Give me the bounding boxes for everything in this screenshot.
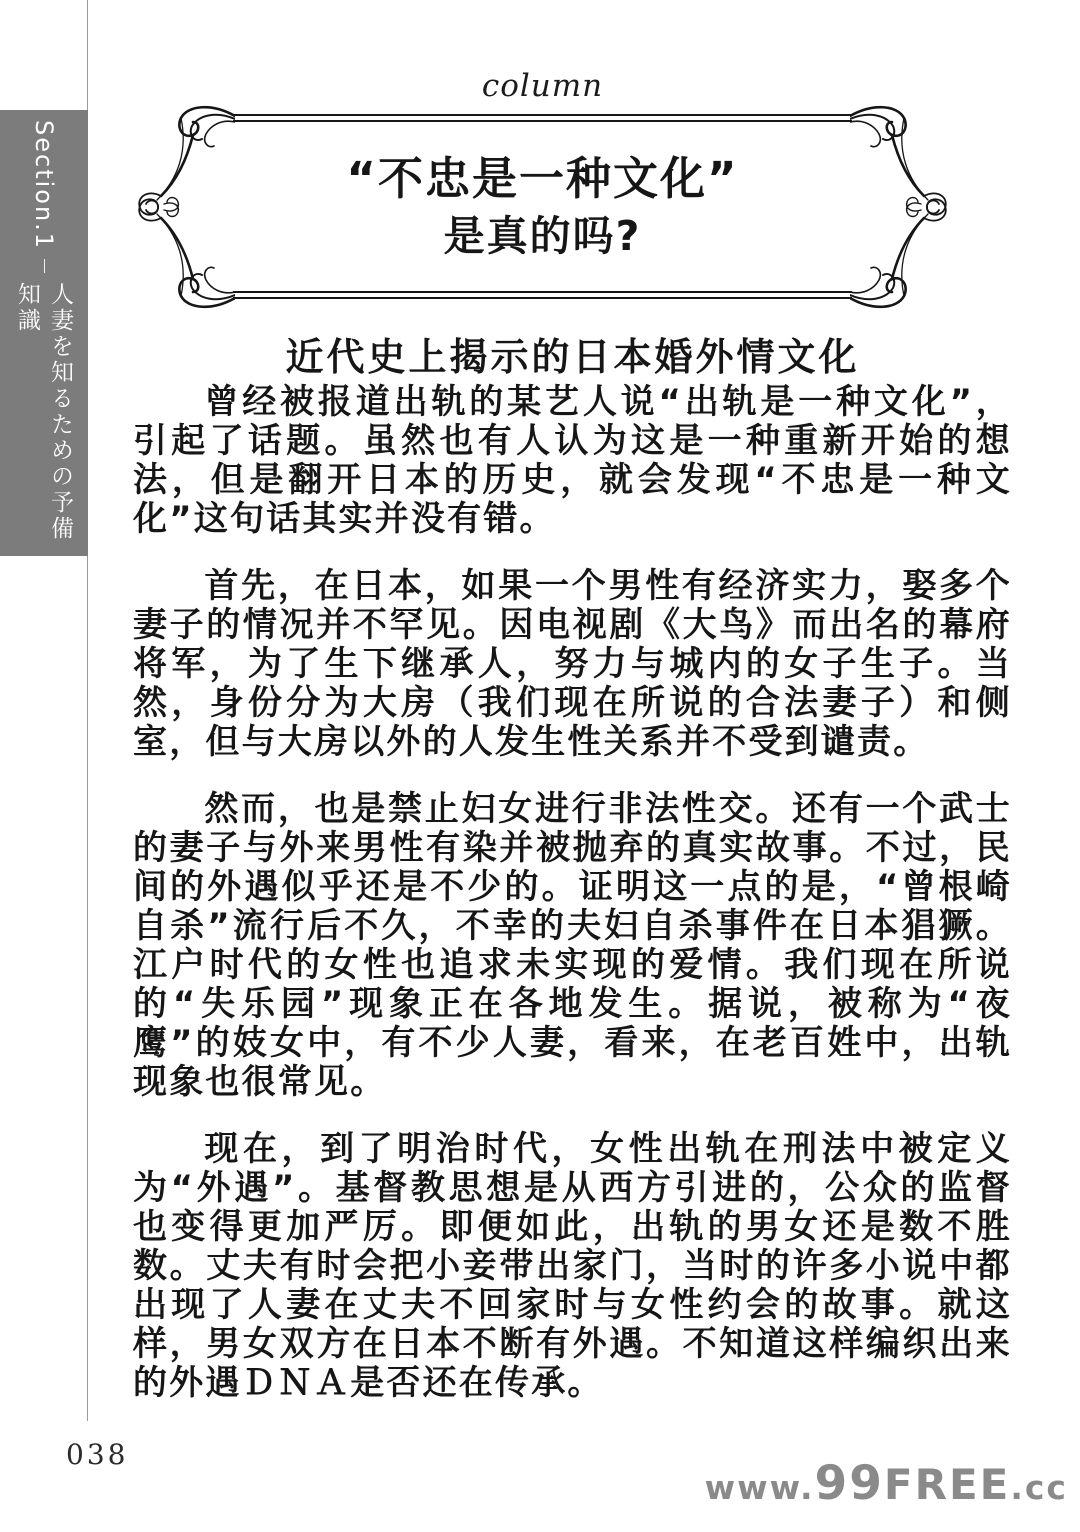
column-label: column (130, 68, 955, 104)
column-title-line2: 是真的吗? (444, 214, 642, 259)
article-paragraph: 曾经被报道出轨的某艺人说“出轨是一种文化”，引起了话题。虽然也有人认为这是一种重… (133, 383, 1012, 539)
article-paragraph: 然而，也是禁止妇女进行非法性交。还有一个武士的妻子与外来男性有染并被抛弃的真实故… (133, 790, 1012, 1102)
tab-divider (44, 259, 45, 273)
watermark-suffix: .cc (1010, 1471, 1068, 1504)
watermark-number: 99 (815, 1460, 884, 1507)
page-number: 038 (66, 1438, 128, 1471)
watermark-prefix: www. (705, 1471, 815, 1504)
chapter-label: 人妻を知るための予備知識 (11, 282, 77, 556)
flourish-ornament-right-icon (850, 101, 955, 313)
section-label: Section.1 (30, 120, 58, 250)
article-heading: 近代史上揭示的日本婚外情文化 (133, 326, 1012, 381)
watermark-name: FREE (884, 1464, 1010, 1506)
book-page: Section.1 人妻を知るための予備知識 column (0, 0, 1080, 1532)
section-tab: Section.1 人妻を知るための予備知識 (0, 110, 88, 556)
flourish-ornament-left-icon (130, 101, 235, 313)
article-paragraph: 首先，在日本，如果一个男性有经济实力，娶多个妻子的情况并不罕见。因电视剧《大鸟》… (133, 567, 1012, 762)
article-paragraph: 现在，到了明治时代，女性出轨在刑法中被定义为“外遇”。基督教思想是从西方引进的，… (133, 1130, 1012, 1403)
column-title: “不忠是一种文化” 是真的吗? (233, 114, 852, 299)
title-frame: column (130, 60, 955, 315)
watermark: www. 99 FREE .cc (705, 1460, 1068, 1507)
article-body: 曾经被报道出轨的某艺人说“出轨是一种文化”，引起了话题。虽然也有人认为这是一种重… (133, 383, 1012, 1431)
column-title-line1: “不忠是一种文化” (346, 154, 738, 204)
